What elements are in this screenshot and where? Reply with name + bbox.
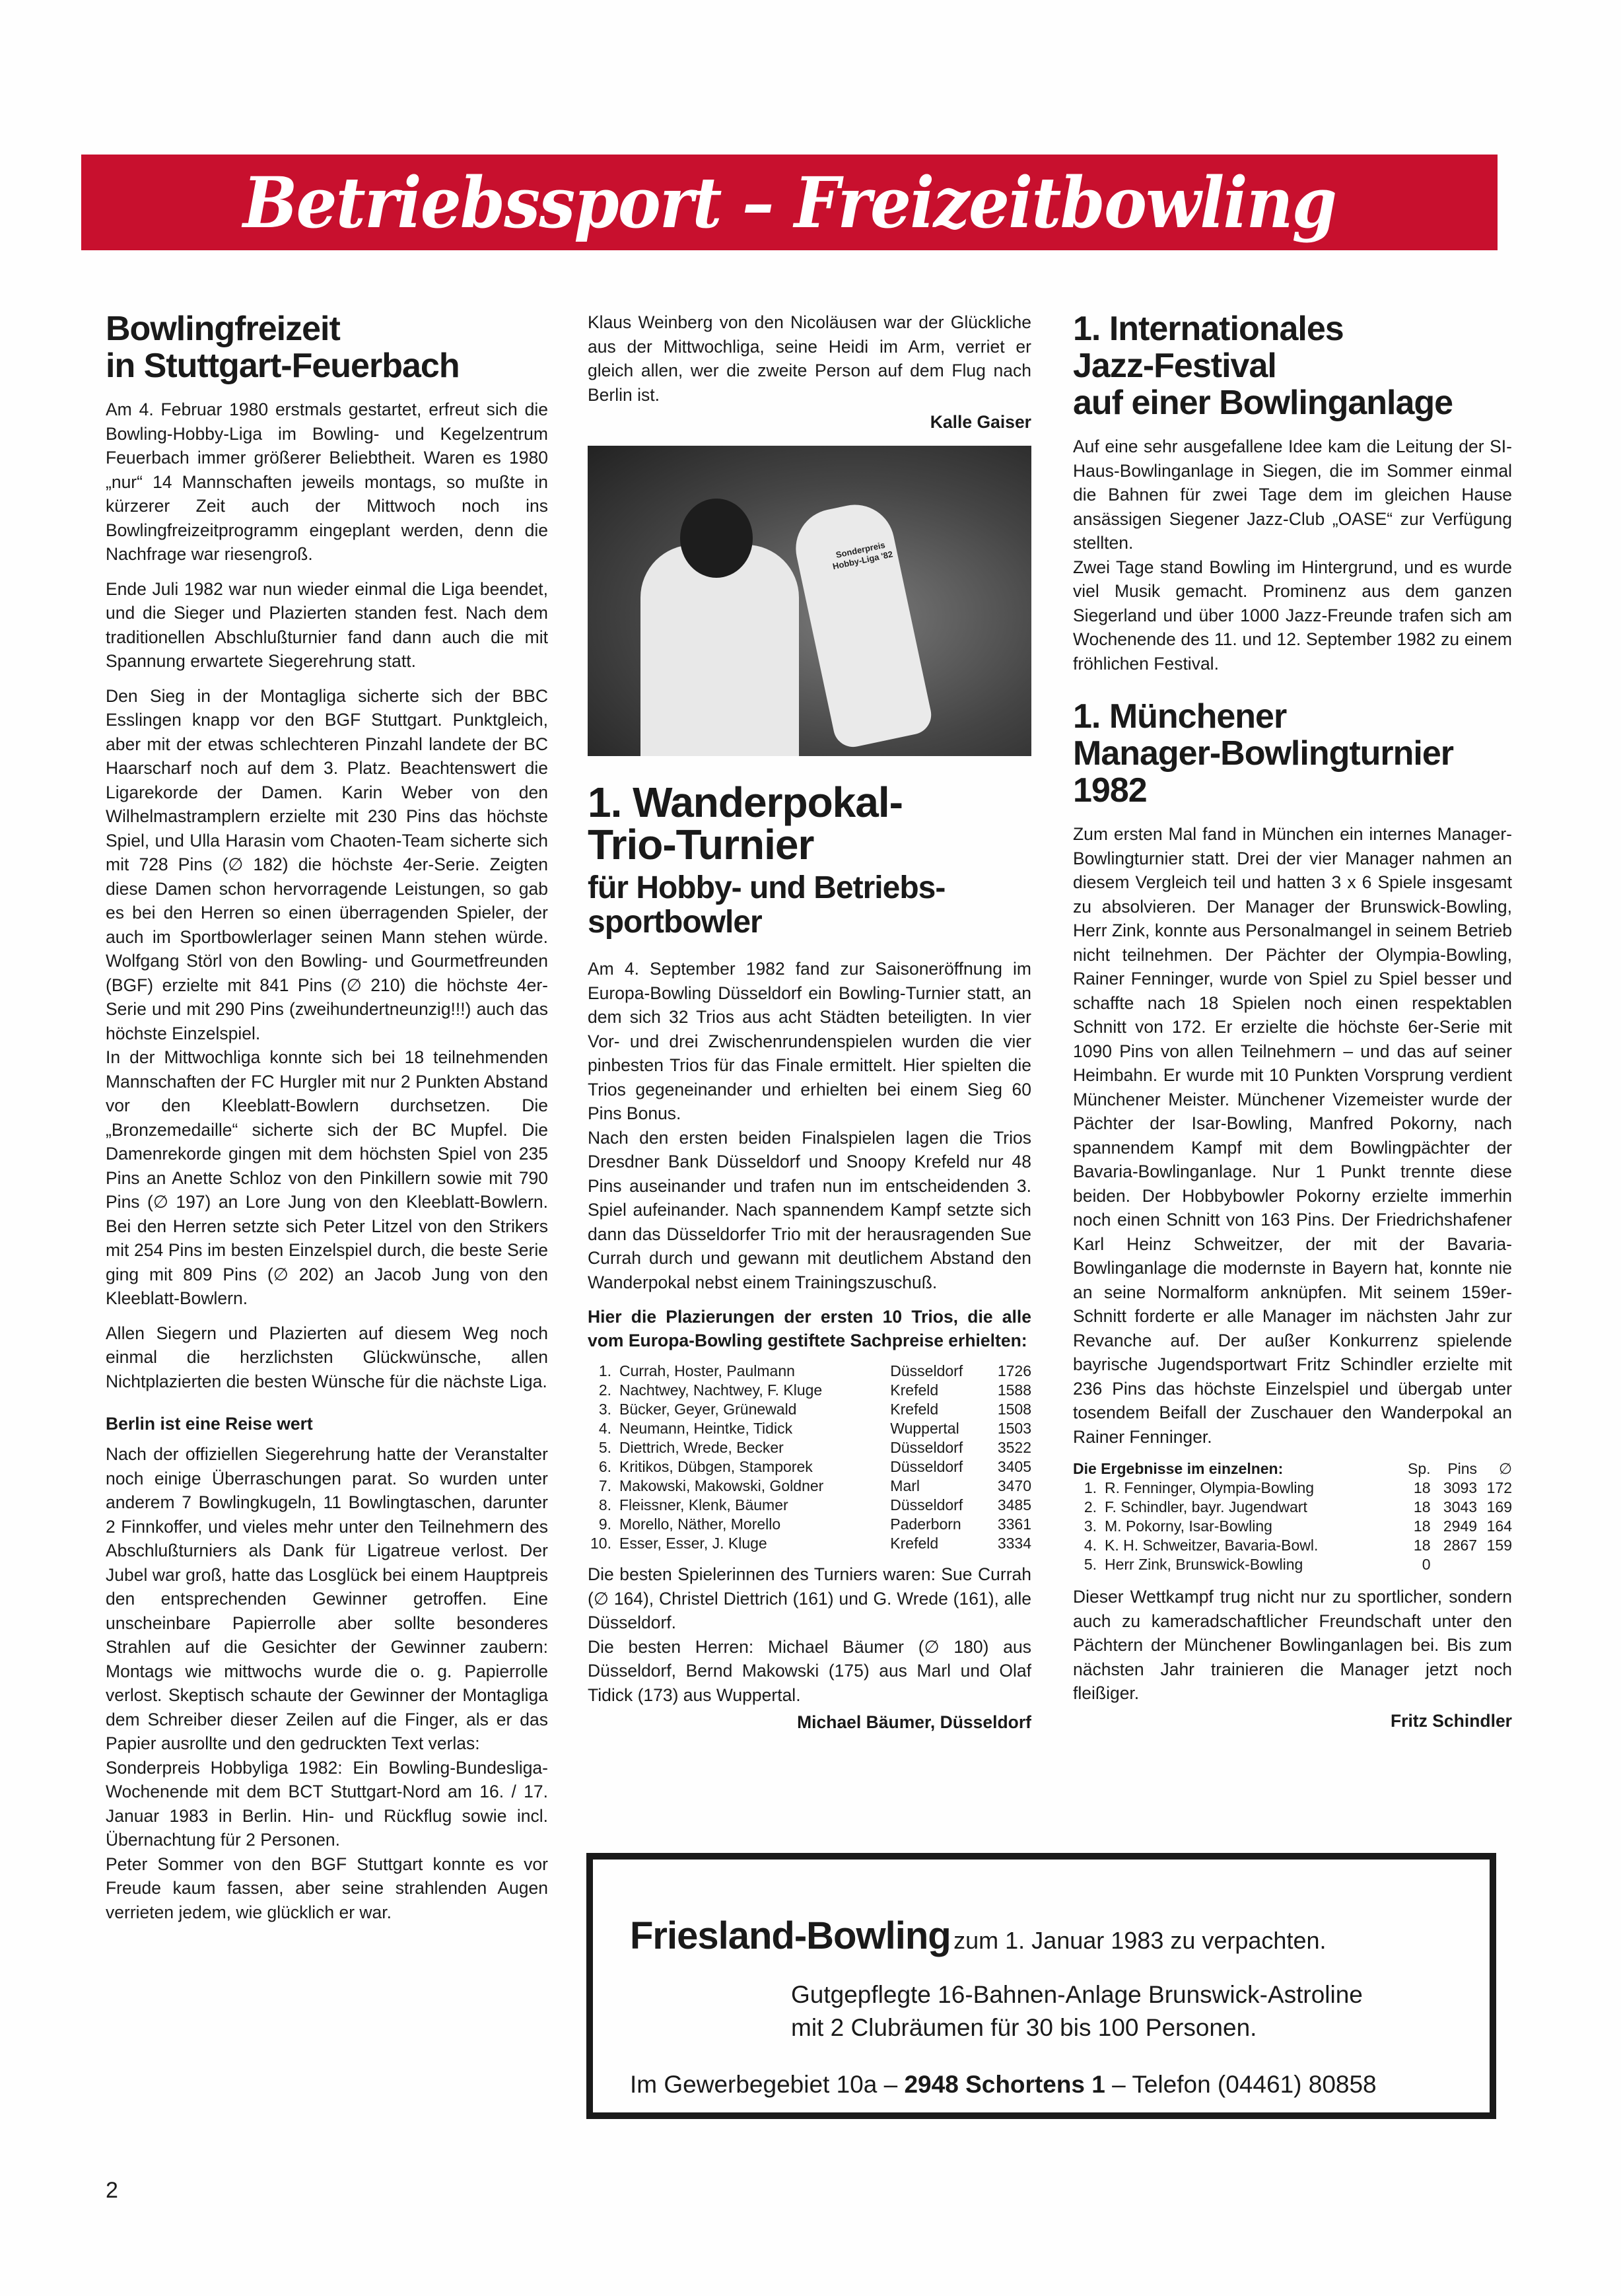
author-signature: Fritz Schindler [1073,1711,1512,1731]
paragraph: Zwei Tage stand Bowling im Hintergrund, … [1073,555,1512,676]
paragraph: Die besten Herren: Michael Bäumer (∅ 180… [588,1635,1031,1708]
paragraph: Ende Juli 1982 war nun wieder einmal die… [106,577,548,674]
manager-results-table: Die Ergebnisse im einzelnen: Sp. Pins ∅ … [1073,1459,1512,1574]
article-title-trio: 1. Wanderpokal- Trio-Turnier [588,781,1031,866]
paragraph: Nach der offiziellen Siegerehrung hatte … [106,1442,548,1756]
article-title-jazz: 1. Internationales Jazz-Festival auf ein… [1073,310,1512,421]
trio-results-table: 1.Currah, Hoster, PaulmannDüsseldorf1726… [588,1362,1031,1553]
paragraph: Zum ersten Mal fand in München ein inter… [1073,822,1512,1449]
table-row: 1.R. Fenninger, Olympia-Bowling183093172 [1073,1478,1512,1498]
author-signature: Kalle Gaiser [588,412,1031,433]
paragraph: Am 4. September 1982 fand zur Saisoneröf… [588,957,1031,1126]
ad-description: Gutgepflegte 16-Bahnen-Anlage Brunswick-… [791,1978,1363,2044]
paragraph: Dieser Wettkampf trug nicht nur zu sport… [1073,1585,1512,1706]
table-row: 9.Morello, Näther, MorelloPaderborn3361 [588,1515,1031,1534]
paragraph: Auf eine sehr ausgefallene Idee kam die … [1073,435,1512,555]
title-line: in Stuttgart-Feuerbach [106,347,460,385]
paragraph: In der Mittwochliga konnte sich bei 18 t… [106,1045,548,1311]
table-row: 2.F. Schindler, bayr. Jugendwart18304316… [1073,1498,1512,1517]
paragraph: Peter Sommer von den BGF Stuttgart konnt… [106,1852,548,1925]
table-row: 6.Kritikos, Dübgen, StamporekDüsseldorf3… [588,1457,1031,1477]
table-row: 8.Fleissner, Klenk, BäumerDüsseldorf3485 [588,1496,1031,1515]
paragraph: Nach den ersten beiden Finalspielen lage… [588,1126,1031,1295]
table-row: 4.K. H. Schweitzer, Bavaria-Bowl.1828671… [1073,1536,1512,1555]
column-2: Klaus Weinberg von den Nicoläusen war de… [588,310,1031,1746]
table-row: 4.Neumann, Heintke, TidickWuppertal1503 [588,1419,1031,1438]
table-header-row: Die Ergebnisse im einzelnen: Sp. Pins ∅ [1073,1459,1512,1478]
paragraph: Die besten Spielerinnen des Turniers war… [588,1562,1031,1635]
author-signature: Michael Bäumer, Düsseldorf [588,1712,1031,1733]
photo-scroll [788,497,935,750]
photo-head [680,499,753,578]
paragraph: Klaus Weinberg von den Nicoläusen war de… [588,310,1031,407]
ad-address: Im Gewerbegebiet 10a – 2948 Schortens 1 … [630,2071,1377,2099]
table-row: 2.Nachtwey, Nachtwey, F. KlugeKrefeld158… [588,1381,1031,1400]
table-row: 7.Makowski, Makowski, GoldnerMarl3470 [588,1477,1031,1496]
title-line: Bowlingfreizeit [106,310,340,348]
ad-business-name: Friesland-Bowling [630,1914,951,1957]
article-title-munich: 1. Münchener Manager-Bowlingturnier 1982 [1073,698,1512,809]
paragraph: Allen Siegern und Plazierten auf diesem … [106,1321,548,1394]
table-row: 5.Diettrich, Wrede, BeckerDüsseldorf3522 [588,1438,1031,1457]
page-number: 2 [106,2178,118,2204]
section-title: Betriebssport – Freizeitbowling [243,161,1336,244]
table-row: 3.Bücker, Geyer, GrünewaldKrefeld1508 [588,1400,1031,1419]
paragraph: Sonderpreis Hobbyliga 1982: Ein Bowling-… [106,1756,548,1852]
photo-prize-scroll: Sonderpreis Hobby-Liga '82 [588,446,1031,756]
column-1: Bowlingfreizeit in Stuttgart-Feuerbach A… [106,310,548,1935]
paragraph: Am 4. Februar 1980 erstmals gestartet, e… [106,398,548,567]
subheading-berlin: Berlin ist eine Reise wert [106,1412,548,1436]
results-intro: Hier die Plazierungen der ersten 10 Trio… [588,1305,1031,1352]
advertisement-box: Friesland-Bowling zum 1. Januar 1983 zu … [586,1853,1496,2119]
article-subtitle-trio: für Hobby- und Betriebs- sportbowler [588,871,1031,940]
table-row: 1.Currah, Hoster, PaulmannDüsseldorf1726 [588,1362,1031,1381]
table-row: 3.M. Pokorny, Isar-Bowling182949164 [1073,1517,1512,1536]
table-row: 10.Esser, Esser, J. KlugeKrefeld3334 [588,1534,1031,1553]
article-title-stuttgart: Bowlingfreizeit in Stuttgart-Feuerbach [106,310,548,384]
section-banner: Betriebssport – Freizeitbowling [81,155,1498,250]
ad-headline-rest: zum 1. Januar 1983 zu verpachten. [953,1927,1326,1954]
column-3: 1. Internationales Jazz-Festival auf ein… [1073,310,1512,1745]
paragraph: Den Sieg in der Montagliga sicherte sich… [106,684,548,1046]
ad-headline: Friesland-Bowling zum 1. Januar 1983 zu … [630,1914,1327,1958]
table-row: 5.Herr Zink, Brunswick-Bowling0 [1073,1555,1512,1574]
